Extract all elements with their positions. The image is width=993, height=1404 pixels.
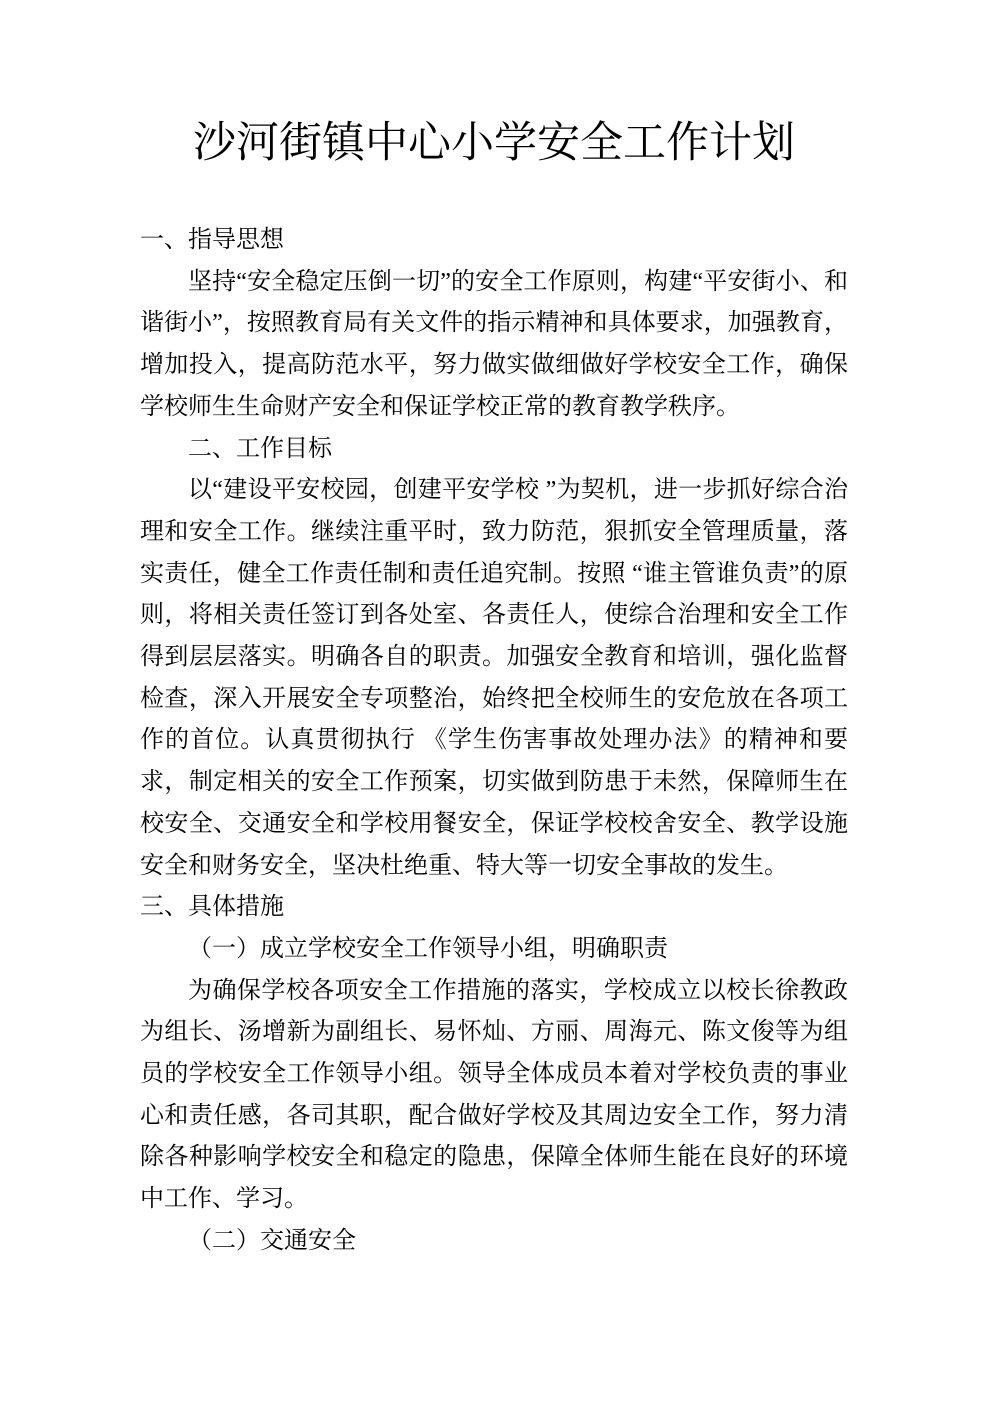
para-leading-group: 为确保学校各项安全工作措施的落实，学校成立以校长徐教政为组长、汤增新为副组长、易… bbox=[140, 971, 848, 1221]
subheading-traffic-safety: （二）交通安全 bbox=[140, 1221, 848, 1263]
para-work-goals: 以“建设平安校园，创建平安学校 ”为契机，进一步抓好综合治理和安全工作。继续注重… bbox=[140, 470, 848, 887]
document-title: 沙河街镇中心小学安全工作计划 bbox=[140, 118, 848, 170]
document-content: 一、指导思想 坚持“安全稳定压倒一切”的安全工作原则，构建“平安街小、和谐街小”… bbox=[140, 220, 848, 1263]
heading-specific-measures: 三、具体措施 bbox=[140, 887, 848, 929]
para-guiding-ideology: 坚持“安全稳定压倒一切”的安全工作原则，构建“平安街小、和谐街小”，按照教育局有… bbox=[140, 262, 848, 429]
heading-work-goals: 二、工作目标 bbox=[140, 429, 848, 471]
heading-guiding-ideology: 一、指导思想 bbox=[140, 220, 848, 262]
document-page: 沙河街镇中心小学安全工作计划 一、指导思想 坚持“安全稳定压倒一切”的安全工作原… bbox=[0, 0, 993, 1404]
subheading-leading-group: （一）成立学校安全工作领导小组，明确职责 bbox=[140, 929, 848, 971]
document-body: 沙河街镇中心小学安全工作计划 一、指导思想 坚持“安全稳定压倒一切”的安全工作原… bbox=[140, 0, 848, 1263]
